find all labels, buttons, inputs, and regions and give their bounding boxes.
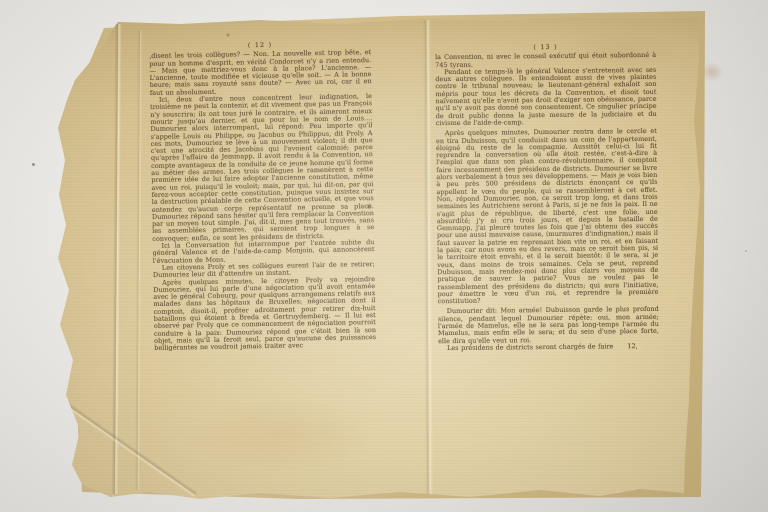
fold-crease-bottom-left: [46, 389, 197, 498]
photograph-of-document: ( 12 ) ,disent les trois collègues? — No…: [0, 0, 768, 512]
tear-mark: [0, 0, 16, 35]
background-speck: [745, 250, 747, 252]
paragraph: ,disent les trois collègues? — Non. La n…: [149, 49, 372, 97]
page-left: ( 12 ) ,disent les trois collègues? — No…: [149, 40, 377, 396]
signature-mark: 12,: [627, 342, 637, 350]
paragraph: Dumourier dit: Mon armée! Dubuisson gard…: [438, 306, 659, 345]
fold-crease-left: [111, 24, 121, 494]
page-right: ( 13 ) la Convention, ni avec le conseil…: [435, 43, 660, 437]
catchword-line: Les présidens de districts seront chargé…: [438, 343, 659, 353]
background-speck: [32, 163, 35, 166]
closing-text: Les présidens de districts seront chargé…: [447, 342, 613, 352]
ink-stain: [226, 33, 230, 37]
water-stain: [190, 400, 370, 470]
paragraph: Pendant ce temps-là le général Valence s…: [435, 67, 657, 128]
paragraph: Ici, deux d'entre nous concentrent leur …: [150, 93, 375, 243]
fold-crease-left-secondary: [135, 30, 142, 490]
paragraph: Après quelques minutes, le citoyen Proly…: [153, 276, 376, 353]
paragraph: Après quelques minutes, Dumourier rentra…: [436, 128, 659, 305]
center-fold-crease: [423, 20, 434, 498]
document-paper: ( 12 ) ,disent les trois collègues? — No…: [0, 0, 768, 512]
